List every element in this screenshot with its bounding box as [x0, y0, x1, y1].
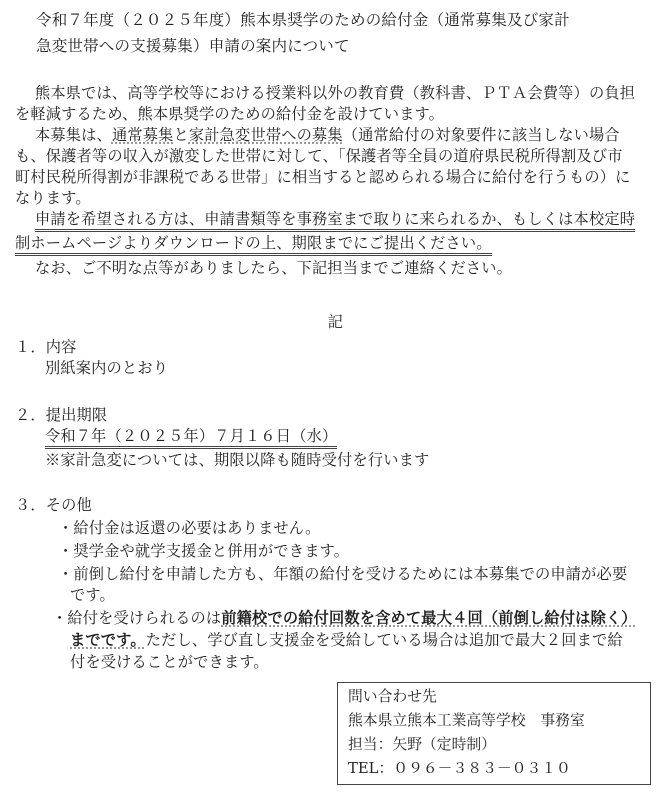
- contact-phone: TEL：０９６－３８３－０３１０: [348, 759, 571, 779]
- intro-paragraph-2-line-4: なります。: [15, 188, 91, 208]
- other-bullet-2: ・奨学金や就学支援金と併用ができます。: [58, 541, 349, 561]
- bullet-text: ・給付を受けられるのは: [52, 609, 221, 627]
- max-count-emphasis: 前籍校での給付回数を含めて最大４回（前倒し給付は除く）: [221, 609, 636, 627]
- deadline-line: 令和７年（２０２５年）７月１６日（水）: [45, 426, 337, 446]
- ki-heading: 記: [0, 312, 671, 332]
- other-bullet-1: ・給付金は返還の必要はありません。: [58, 518, 321, 538]
- document-page: 令和７年度（２０２５年度）熊本県奨学のための給付金（通常募集及び家計 急変世帯へ…: [0, 0, 671, 800]
- application-paragraph-line-2: 制ホームページよりダウンロードの上、期限までにご提出ください。: [15, 233, 492, 253]
- intro-paragraph-2-line-3: 町村民税所得割が非課税である世帯」に相当すると認められる場合に給付を行うもの）に: [15, 167, 631, 187]
- bullet-text: ただし、学び直し支援金を受給している場合は追加で最大２回まで給: [146, 631, 623, 649]
- application-instruction-underlined: 申請を希望される方は、申請書類等を事務室まで取りに来られるか、もしくは本校定時: [35, 210, 635, 232]
- contact-person: 担当：矢野（定時制）: [348, 735, 496, 755]
- section-1-heading: １．内容: [15, 337, 77, 357]
- application-instruction-underlined: 制ホームページよりダウンロードの上、期限までにご提出ください。: [15, 234, 492, 256]
- other-bullet-4-line-2: までです。ただし、学び直し支援金を受給している場合は追加で最大２回まで給: [70, 630, 623, 650]
- intro-paragraph-2-line-1: 本募集は、通常募集と家計急変世帯への募集（通常給付の対象要件に該当しない場合: [35, 125, 620, 145]
- max-count-emphasis-end: までです。: [70, 631, 146, 649]
- doc-title-line-1: 令和７年度（２０２５年度）熊本県奨学のための給付金（通常募集及び家計: [36, 10, 570, 30]
- intro-paragraph-1-line-2: を軽減するため、熊本県奨学のための給付金を設けています。: [15, 104, 444, 124]
- contact-organization: 熊本県立熊本工業高等学校 事務室: [348, 711, 585, 731]
- regular-recruitment-term: 通常募集: [112, 126, 174, 144]
- contact-box: 問い合わせ先 熊本県立熊本工業高等学校 事務室 担当：矢野（定時制） TEL：０…: [337, 682, 651, 785]
- section-1-body: 別紙案内のとおり: [45, 358, 168, 378]
- intro-text: 本募集は、: [35, 126, 112, 144]
- other-bullet-4-line-1: ・給付を受けられるのは前籍校での給付回数を含めて最大４回（前倒し給付は除く）: [52, 608, 637, 628]
- intro-text: と: [174, 126, 189, 144]
- application-paragraph-line-1: 申請を希望される方は、申請書類等を事務室まで取りに来られるか、もしくは本校定時: [35, 209, 635, 229]
- deadline-note: ※家計急変については、期限以降も随時受付を行います: [45, 450, 429, 470]
- contact-label: 問い合わせ先: [348, 687, 437, 707]
- sudden-change-recruitment-term: 家計急変世帯への募集: [189, 126, 343, 144]
- other-bullet-3-line-1: ・前倒し給付を申請した方も、年額の給付を受けるためには本募集での申請が必要: [58, 564, 627, 584]
- contact-request-paragraph: なお、ご不明な点等がありましたら、下記担当までご連絡ください。: [35, 258, 512, 278]
- other-bullet-3-line-2: です。: [70, 585, 115, 605]
- section-3-heading: ３．その他: [15, 495, 92, 515]
- deadline-date: 令和７年（２０２５年）７月１６日（水）: [45, 427, 337, 449]
- section-2-heading: ２．提出期限: [15, 405, 107, 425]
- intro-paragraph-1-line-1: 熊本県では、高等学校等における授業料以外の教育費（教科書、ＰＴＡ会費等）の負担: [35, 83, 635, 103]
- intro-text: （通常給付の対象要件に該当しない場合: [343, 126, 620, 144]
- intro-paragraph-2-line-2: も、保護者等の収入が激変した世帯に対して、「保護者等全員の道府県民税所得割及び市: [15, 146, 623, 166]
- doc-title-line-2: 急変世帯への支援募集）申請の案内について: [36, 36, 350, 56]
- other-bullet-4-line-3: 付を受けることができます。: [70, 652, 269, 672]
